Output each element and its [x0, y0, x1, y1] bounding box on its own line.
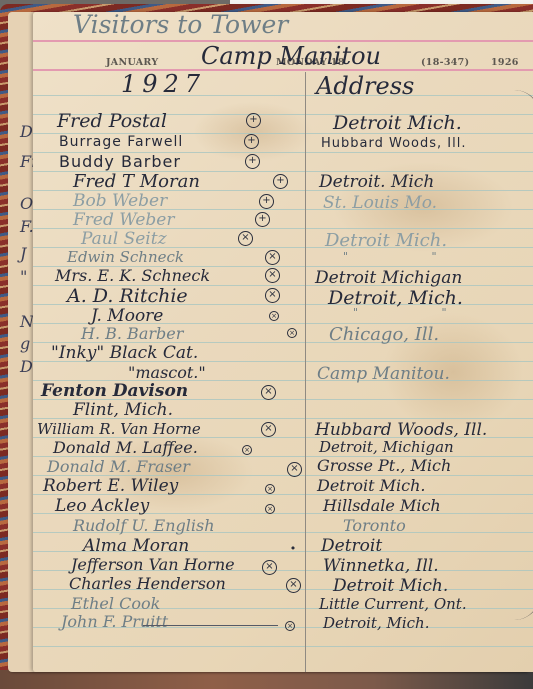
margin-letter: g [20, 334, 30, 353]
check-mark-circle: × [287, 328, 297, 338]
location-heading: Camp Manitou [201, 42, 381, 70]
margin-letter: D [20, 122, 33, 141]
margin-letter: O [20, 194, 33, 213]
check-mark-circle: × [262, 560, 277, 575]
entry-name: William R. Van Horne [37, 420, 201, 438]
entry-name: John F. Pruitt [61, 612, 168, 631]
entry-name: H. B. Barber [81, 324, 183, 343]
check-mark-circle: × [265, 484, 275, 494]
column-divider [305, 72, 306, 672]
check-mark-circle: × [265, 268, 280, 283]
entry-name: Charles Henderson [69, 574, 226, 593]
entry-name: Robert E. Wiley [43, 476, 178, 496]
entry-address: Camp Manitou. [317, 364, 450, 384]
margin-letter: N [20, 312, 34, 331]
check-mark-circle: + [273, 174, 288, 189]
check-mark-circle: + [246, 113, 261, 128]
check-mark-circle: × [265, 504, 275, 514]
entry-name: Donald M. Laffee. [53, 438, 198, 457]
check-mark-circle: × [285, 621, 295, 631]
check-mark-circle: + [255, 212, 270, 227]
entry-name: Fred Weber [73, 210, 175, 230]
entry-name: Fred T Moran [73, 171, 200, 192]
entry-name: Jefferson Van Horne [71, 555, 235, 574]
entry-address: Winnetka, Ill. [323, 556, 439, 576]
check-mark-circle: × [238, 231, 253, 246]
page-heading: Visitors to Tower [73, 12, 288, 39]
ditto-marks: " " [353, 306, 487, 319]
entry-address: Detroit, Mich. [323, 614, 429, 632]
entry-name: "mascot." [128, 363, 206, 382]
entry-address: Detroit Michigan [315, 268, 462, 288]
check-mark-circle: × [261, 422, 276, 437]
entry-address: Grosse Pt., Mich [317, 456, 451, 475]
ditto-marks: " " [343, 250, 477, 263]
check-mark-circle: × [242, 445, 252, 455]
check-mark-circle: × [287, 462, 302, 477]
entry-name: Flint, Mich. [73, 400, 173, 420]
address-column-header: Address [316, 72, 414, 100]
entry-name: Edwin Schneck [67, 248, 184, 266]
entry-name: Mrs. E. K. Schneck [55, 266, 210, 285]
entry-name: Buddy Barber [59, 152, 181, 171]
check-mark-circle: × [269, 311, 279, 321]
entry-address: Detroit. Mich [319, 172, 434, 192]
entry-address: Detroit Mich. [333, 112, 462, 134]
book-cover-edge [0, 670, 533, 689]
entry-address: Hillsdale Mich [323, 496, 441, 515]
entry-address: Detroit Mich. [317, 476, 426, 495]
check-mark-circle: + [259, 194, 274, 209]
entry-address: Hubbard Woods, Ill. [321, 136, 466, 151]
entry-address: Detroit [321, 536, 382, 556]
entry-name: J. Moore [91, 306, 163, 326]
entry-address: Detroit Mich. [325, 230, 447, 251]
underline-stroke [143, 625, 278, 626]
margin-letter: D [20, 357, 33, 376]
entry-address: Hubbard Woods, Ill. [315, 420, 487, 440]
entry-name: Ethel Cook [71, 594, 160, 613]
check-mark-circle: + [245, 154, 260, 169]
check-mark-circle: + [244, 134, 259, 149]
entry-address: Chicago, Ill. [329, 324, 439, 345]
entry-name: Bob Weber [73, 191, 167, 211]
entry-address: Little Current, Ont. [319, 595, 467, 613]
entry-name: "Inky" Black Cat. [51, 343, 198, 363]
entry-name: Fred Postal [57, 110, 167, 132]
margin-letter: " [20, 267, 27, 286]
entry-address: Detroit, Michigan [319, 438, 454, 456]
address-bracket [514, 90, 533, 620]
entry-address: Detroit Mich. [333, 576, 448, 596]
check-mark-circle: × [261, 385, 276, 400]
entry-address: Toronto [343, 516, 406, 535]
check-mark-circle: × [286, 578, 301, 593]
entry-name: Paul Seitz [81, 229, 167, 249]
margin-letter: F. [20, 217, 34, 236]
entry-name: Donald M. Fraser [47, 457, 190, 476]
printed-month: JANUARY [106, 57, 158, 68]
entry-name: Fenton Davison [41, 381, 188, 401]
ink-dot: • [288, 545, 298, 555]
check-mark-circle: × [265, 250, 280, 265]
printed-year: 1926 [491, 57, 519, 68]
printed-day-count: (18-347) [421, 57, 469, 68]
check-mark-circle: × [265, 288, 280, 303]
entry-name: Leo Ackley [55, 496, 149, 516]
entry-name: Rudolf U. English [73, 516, 215, 535]
entry-name: Alma Moran [83, 536, 189, 556]
year-column-header: 1927 [121, 70, 206, 98]
register-page: Visitors to Tower JANUARY MONDAY 18 (18-… [33, 12, 533, 672]
entry-name: A. D. Ritchie [67, 285, 188, 307]
entry-name: Burrage Farwell [59, 134, 183, 150]
margin-letter: J [20, 244, 26, 263]
entry-address: St. Louis Mo. [323, 193, 437, 213]
